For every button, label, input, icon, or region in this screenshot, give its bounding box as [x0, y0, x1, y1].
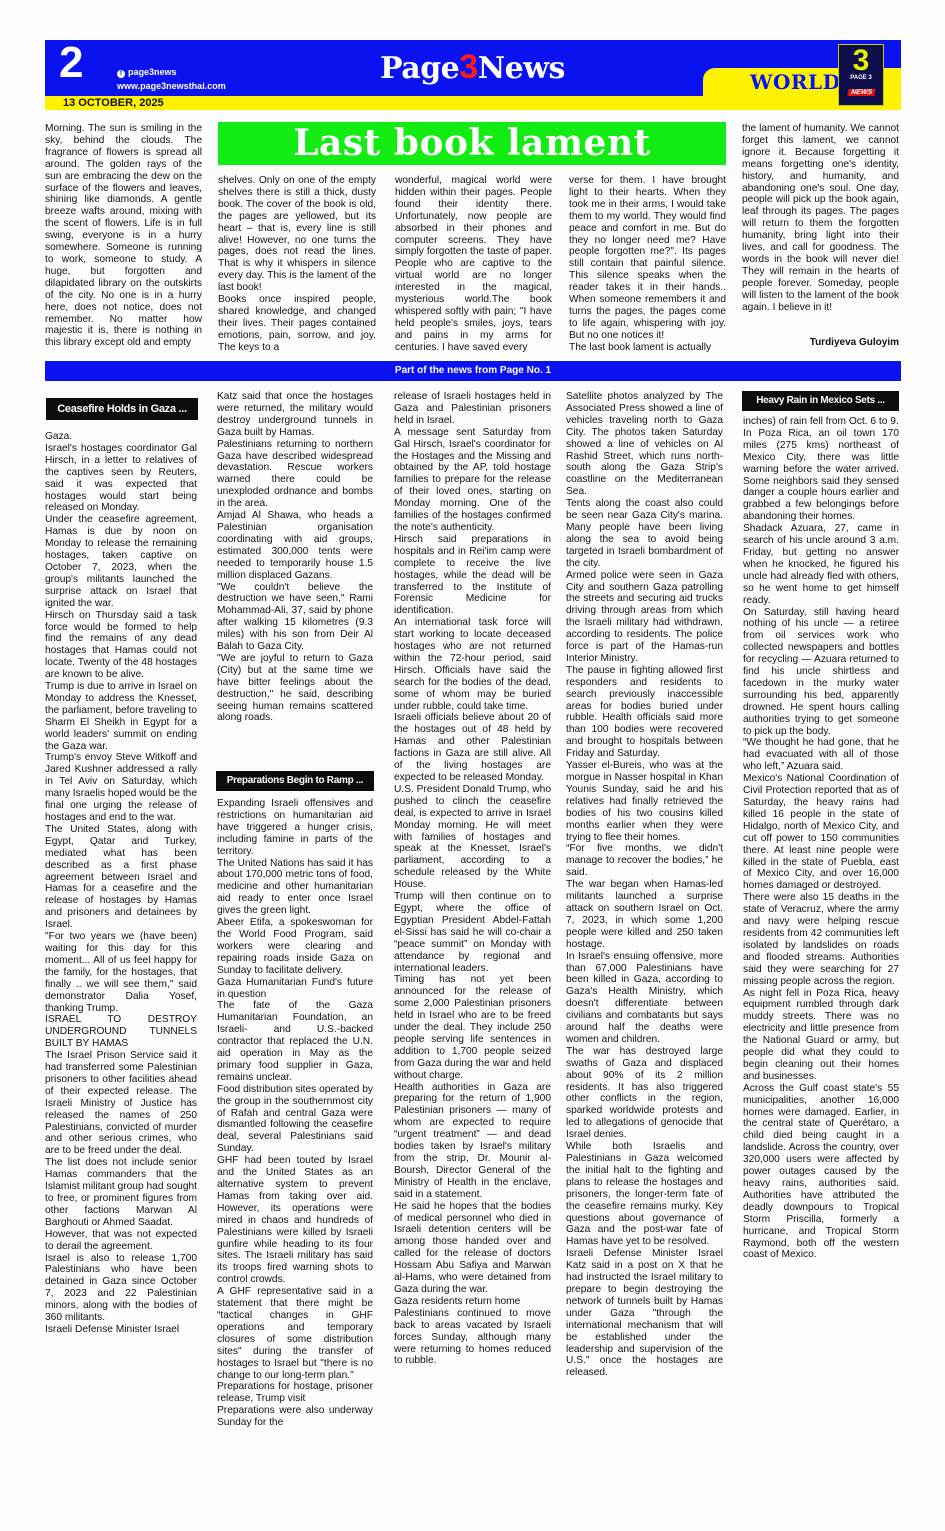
- paragraph: The United States, along with Egypt, Qat…: [45, 824, 197, 931]
- paragraph: Under the ceasefire agreement, Hamas is …: [45, 514, 197, 609]
- paragraph: Health authorities in Gaza are preparing…: [394, 1082, 551, 1201]
- paragraph: The last book lament is actually: [569, 342, 726, 354]
- paragraph: Amjad Al Shawa, who heads a Palestinian …: [217, 510, 373, 581]
- section-label: WORLD: [750, 70, 840, 94]
- newspaper-logo: Page3News: [380, 48, 565, 87]
- paragraph: Palestinians continued to move back to a…: [394, 1308, 551, 1368]
- gaza-story-headline[interactable]: Ceasefire Holds in Gaza ...: [46, 398, 198, 420]
- preparations-col-3: release of Israeli hostages held in Gaza…: [394, 391, 551, 1367]
- paragraph: GHF had been touted by Israel and the Un…: [217, 1155, 373, 1286]
- paragraph: In Israel's ensuing offensive, more than…: [566, 951, 723, 1046]
- paragraph: Yasser el-Bureis, who was at the morgue …: [566, 760, 723, 843]
- page3-badge-logo: 3 PAGE 3 NEWS: [838, 44, 884, 106]
- badge-page-label: PAGE 3: [839, 75, 883, 81]
- paragraph: Shadack Azuara, 27, came in search of hi…: [743, 523, 899, 606]
- paragraph: While both Israelis and Palestinians in …: [566, 1141, 723, 1248]
- paragraph: An international task force will start w…: [394, 617, 551, 712]
- feature-headline: Last book lament: [218, 122, 726, 165]
- paragraph: Trump is due to arrive in Israel on Mond…: [45, 681, 197, 752]
- logo-left: Page: [380, 51, 459, 86]
- paragraph: Satellite photos analyzed by The Associa…: [566, 391, 723, 498]
- paragraph: A GHF representative said in a statement…: [217, 1286, 373, 1381]
- paragraph: Preparations were also underway Sunday f…: [217, 1405, 373, 1429]
- badge-number: 3: [839, 47, 883, 75]
- subheading: Gaza residents return home: [394, 1296, 551, 1308]
- paragraph: However, that was not expected to derail…: [45, 1229, 197, 1253]
- paragraph: Gaza.: [45, 431, 197, 443]
- feature-col-1: Morning. The sun is smiling in the sky, …: [45, 123, 202, 349]
- paragraph: inches) of rain fell from Oct. 6 to 9.: [743, 416, 899, 428]
- preparations-col-4: Satellite photos analyzed by The Associa…: [566, 391, 723, 1379]
- paragraph: the lament of humanity. We cannot forget…: [742, 123, 899, 314]
- paragraph: Across the Gulf coast state's 55 municip…: [743, 1083, 899, 1262]
- social-handle-text: page3news: [128, 67, 177, 77]
- paragraph: U.S. President Donald Trump, who pushed …: [394, 784, 551, 891]
- feature-col-5: the lament of humanity. We cannot forget…: [742, 123, 899, 314]
- subheading: ISRAEL TO DESTROY UNDERGROUND TUNNELS BU…: [45, 1014, 197, 1050]
- paragraph: Morning. The sun is smiling in the sky, …: [45, 123, 202, 349]
- mexico-col-5: inches) of rain fell from Oct. 6 to 9. I…: [743, 416, 899, 1261]
- paragraph: release of Israeli hostages held in Gaza…: [394, 391, 551, 427]
- page-number: 2: [59, 40, 83, 88]
- facebook-icon: f: [117, 70, 125, 78]
- paragraph: Tents along the coast also could be seen…: [566, 498, 723, 569]
- paragraph: The United Nations has said it has about…: [217, 858, 373, 918]
- paragraph: Armed police were seen in Gaza City and …: [566, 570, 723, 665]
- paragraph: "We couldn't believe the destruction we …: [217, 582, 373, 653]
- preparations-col-2: Expanding Israeli offensives and restric…: [217, 798, 373, 1429]
- paragraph: Israel is also to release 1,700 Palestin…: [45, 1253, 197, 1324]
- byline: Turdiyeva Guloyim: [742, 337, 899, 348]
- paragraph: As night fell in Poza Rica, heavy equipm…: [743, 988, 899, 1083]
- paragraph: Israeli Defense Minister Israel Katz sai…: [566, 1248, 723, 1379]
- paragraph: Trump's envoy Steve Witkoff and Jared Ku…: [45, 752, 197, 823]
- paragraph: wonderful, magical world were hidden wit…: [395, 175, 552, 354]
- paragraph: In Poza Rica, an oil town 170 miles (275…: [743, 428, 899, 523]
- paragraph: "For two years we (have been) waiting fo…: [45, 931, 197, 1014]
- paragraph: Trump will then continue on to Egypt, wh…: [394, 891, 551, 974]
- gaza-col-2: Katz said that once the hostages were re…: [217, 391, 373, 724]
- paragraph: There were also 15 deaths in the state o…: [743, 892, 899, 987]
- paragraph: The war has destroyed large swaths of Ga…: [566, 1046, 723, 1141]
- feature-col-4: verse for them. I have brought light to …: [569, 175, 726, 354]
- paragraph: On Saturday, still having heard nothing …: [743, 607, 899, 738]
- gaza-col-1: Gaza. Israel's hostages coordinator Gal …: [45, 431, 197, 1336]
- badge-news-label: NEWS: [847, 89, 875, 96]
- logo-number: 3: [459, 48, 477, 86]
- paragraph: shelves. Only on one of the empty shelve…: [218, 175, 376, 294]
- paragraph: Expanding Israeli offensives and restric…: [217, 798, 373, 858]
- paragraph: "We are joyful to return to Gaza (City) …: [217, 653, 373, 724]
- paragraph: Mexico's National Coordination of Civil …: [743, 773, 899, 892]
- paragraph: Katz said that once the hostages were re…: [217, 391, 373, 439]
- paragraph: “We thought he had gone, that he had eva…: [743, 737, 899, 773]
- paragraph: Timing has not yet been announced for th…: [394, 974, 551, 1081]
- paragraph: Israeli Defense Minister Israel: [45, 1324, 197, 1336]
- logo-right: News: [478, 51, 565, 86]
- subheading: Gaza Humanitarian Fund's future in quest…: [217, 977, 373, 1001]
- paragraph: Abeer Etifa, a spokeswoman for the World…: [217, 917, 373, 977]
- paragraph: “For five months, we didn't manage to re…: [566, 843, 723, 879]
- paragraph: The war began when Hamas-led militants l…: [566, 879, 723, 950]
- mexico-story-headline[interactable]: Heavy Rain in Mexico Sets ...: [742, 391, 899, 411]
- paragraph: Israeli officials believe about 20 of th…: [394, 712, 551, 783]
- paragraph: Books once inspired people, shared knowl…: [218, 294, 376, 354]
- issue-date: 13 OCTOBER, 2025: [63, 96, 164, 110]
- paragraph: Food distribution sites operated by the …: [217, 1084, 373, 1155]
- paragraph: Palestinians returning to northern Gaza …: [217, 439, 373, 510]
- preparations-story-headline[interactable]: Preparations Begin to Ramp ...: [216, 771, 374, 791]
- paragraph: The pause in fighting allowed first resp…: [566, 665, 723, 760]
- feature-col-3: wonderful, magical world were hidden wit…: [395, 175, 552, 354]
- paragraph: He said he hopes that the bodies of medi…: [394, 1201, 551, 1296]
- subheading: Preparations for hostage, prisoner relea…: [217, 1381, 373, 1405]
- paragraph: Israel's hostages coordinator Gal Hirsch…: [45, 443, 197, 514]
- paragraph: Hirsch said preparations in hospitals an…: [394, 534, 551, 617]
- masthead: 2 fpage3news www.page3newsthai.com 13 OC…: [45, 40, 901, 110]
- feature-col-2: shelves. Only on one of the empty shelve…: [218, 175, 376, 354]
- paragraph: The Israel Prison Service said it had tr…: [45, 1050, 197, 1157]
- paragraph: The fate of the Gaza Humanitarian Founda…: [217, 1000, 373, 1083]
- paragraph: The list does not include senior Hamas c…: [45, 1157, 197, 1228]
- continuation-banner: Part of the news from Page No. 1: [45, 361, 901, 381]
- social-handle[interactable]: fpage3news: [117, 67, 177, 78]
- paragraph: Hirsch on Thursday said a task force wou…: [45, 610, 197, 681]
- website-link[interactable]: www.page3newsthai.com: [117, 81, 226, 91]
- paragraph: A message sent Saturday from Gal Hirsch,…: [394, 427, 551, 534]
- paragraph: verse for them. I have brought light to …: [569, 175, 726, 342]
